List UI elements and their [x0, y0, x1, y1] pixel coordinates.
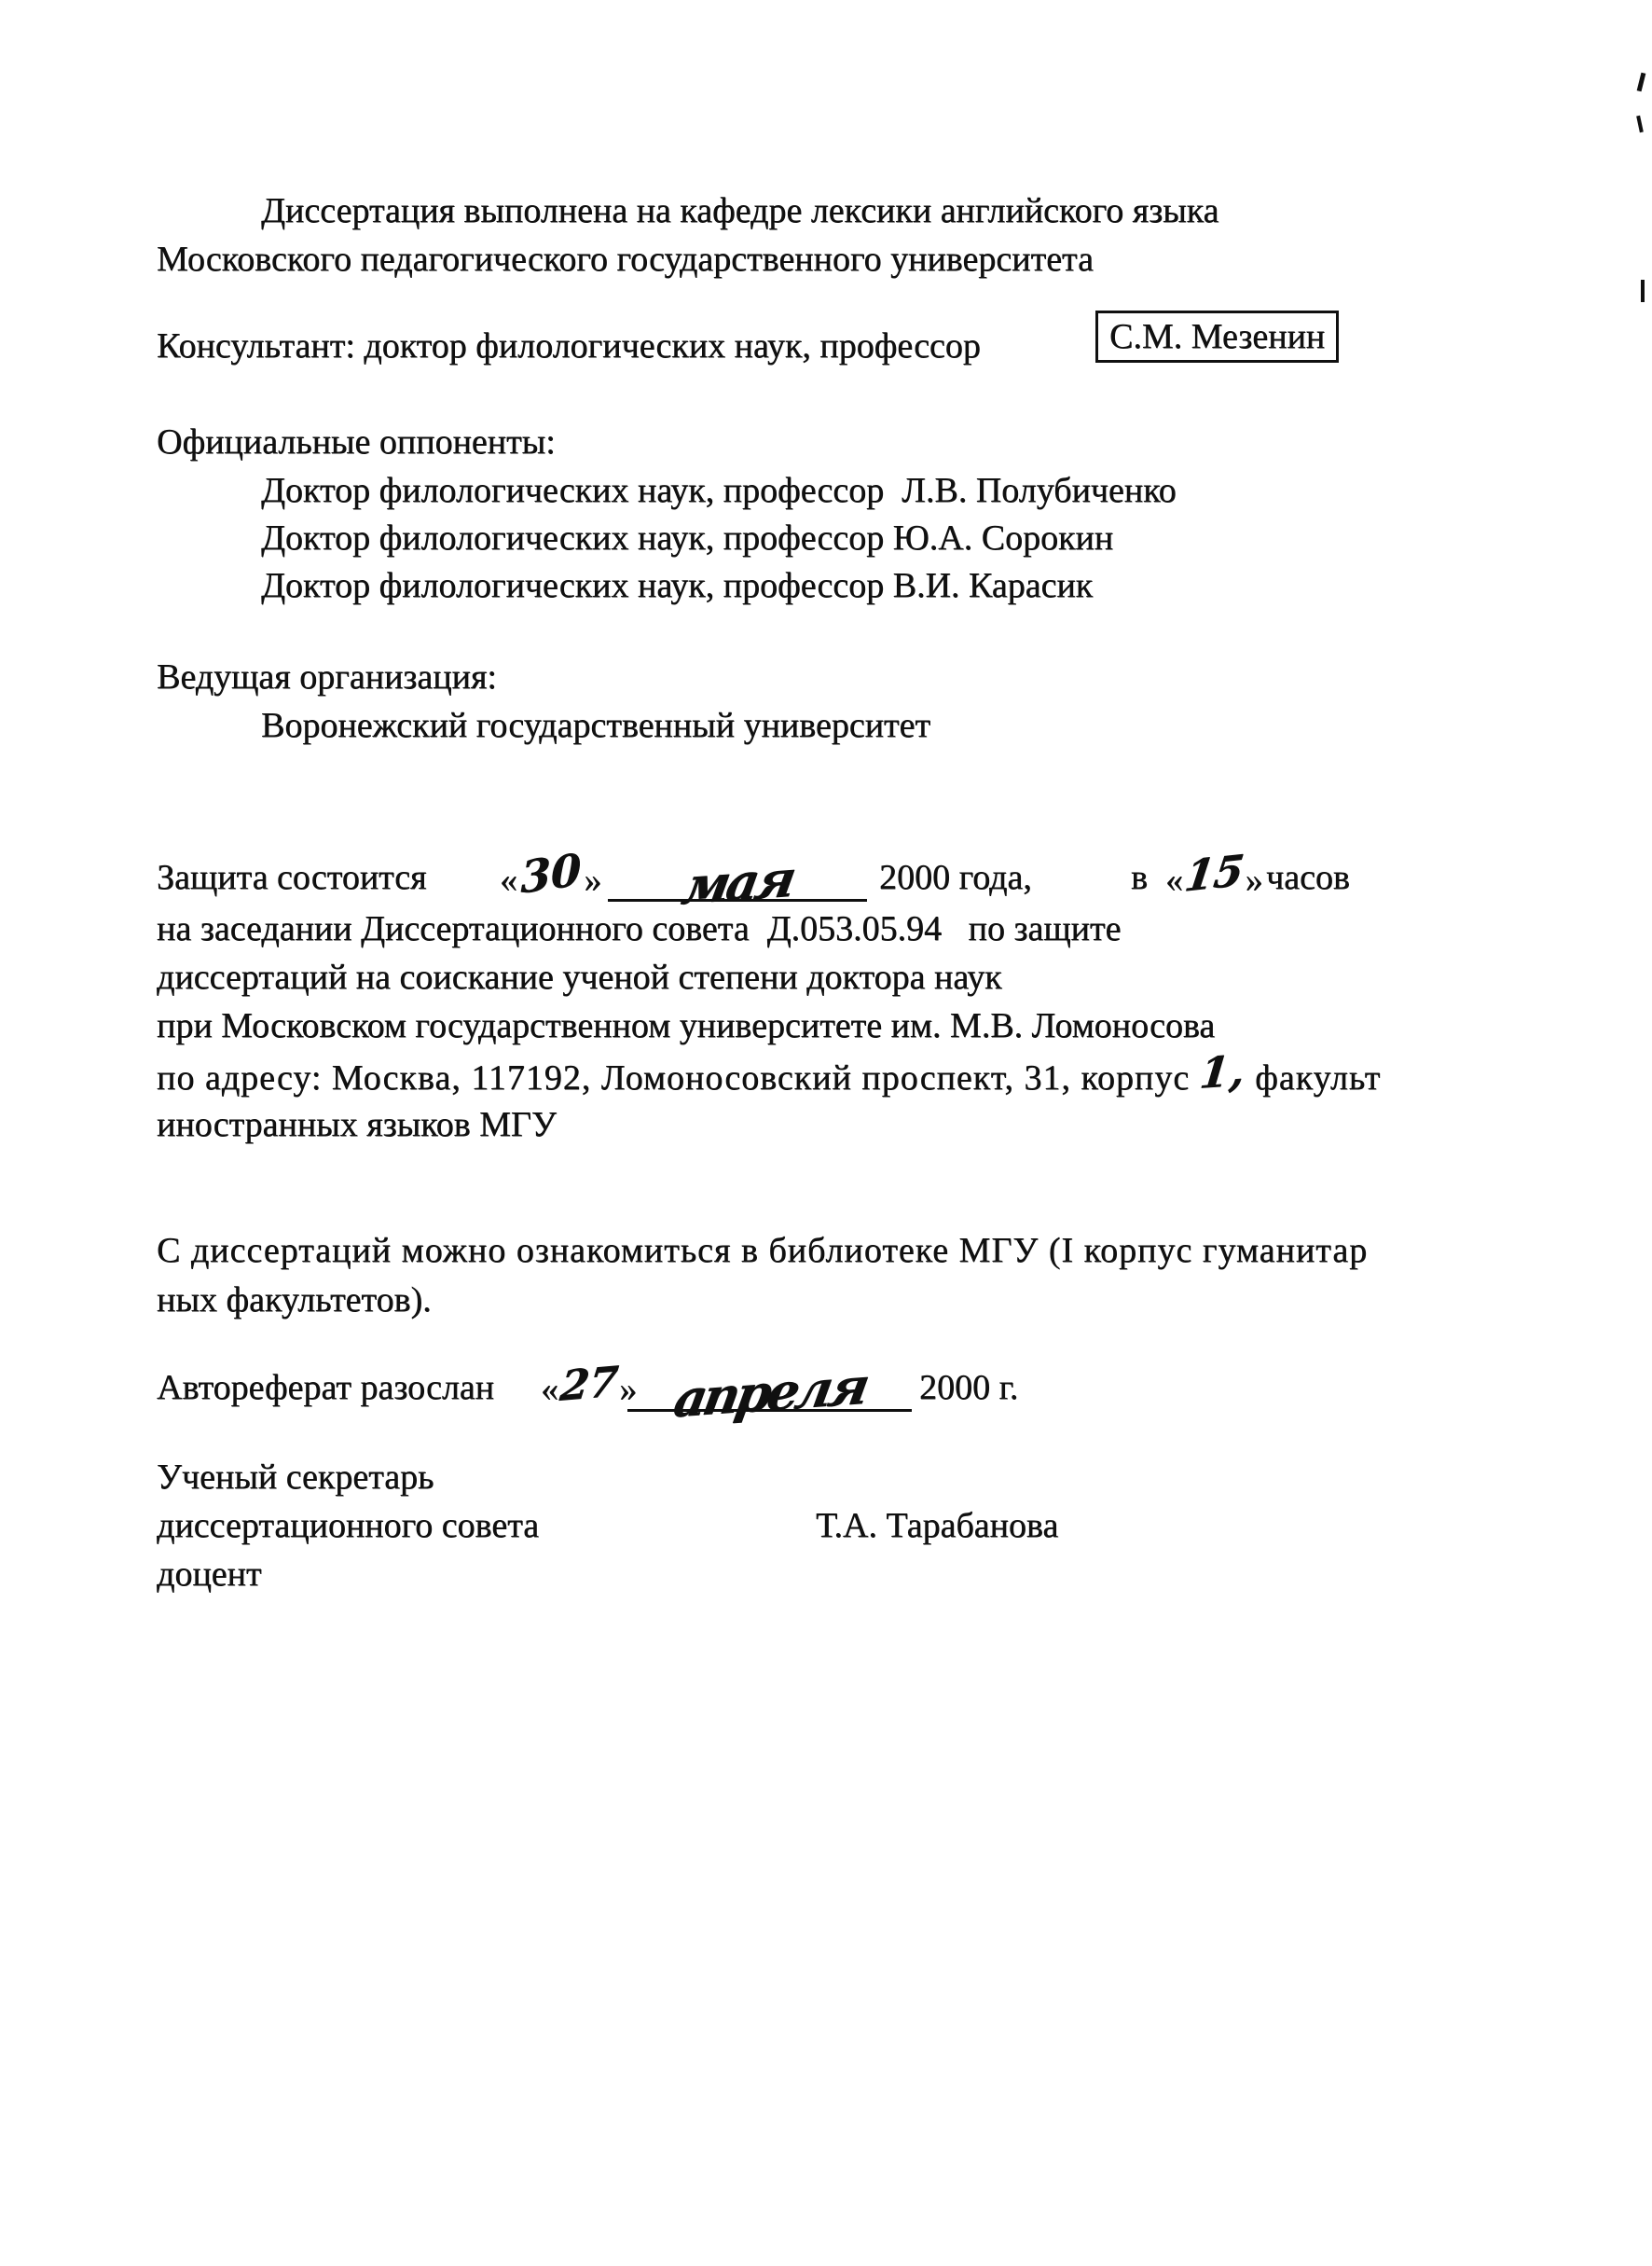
signature-line-2: диссертационного совета Т.А. Тарабанова: [157, 1501, 1652, 1561]
signature-role-1: Ученый секретарь: [157, 1453, 434, 1501]
mailed-day-handwritten: 27: [558, 1358, 620, 1412]
opponent-item: Доктор филологических наук, профессор Ю.…: [261, 514, 1113, 562]
mailed-month-handwritten: апреля: [670, 1361, 870, 1423]
mailed-prefix: Автореферат разослан: [157, 1363, 494, 1412]
signature-role-2: диссертационного совета: [157, 1501, 539, 1550]
scan-speck: [1636, 116, 1644, 132]
library-line-2: ных факультетов).: [157, 1276, 432, 1324]
defense-address-line: по адресу: Москва, 117192, Ломоносовский…: [157, 1051, 1381, 1102]
month-underline-field: апреля: [627, 1365, 912, 1412]
document-page: Диссертация выполнена на кафедре лексики…: [0, 0, 1652, 2266]
defense-in-word: в: [1131, 853, 1148, 902]
defense-day-handwritten: 30: [520, 846, 581, 904]
defense-day-group: «30»: [500, 853, 601, 905]
defense-hour-handwritten: 15: [1181, 846, 1246, 902]
mailed-line: Автореферат разослан «27» апреля 2000 г.: [157, 1363, 1652, 1423]
address-before-building: по адресу: Москва, 117192, Ломоносовский…: [157, 1058, 1200, 1098]
intro-line-1: Диссертация выполнена на кафедре лексики…: [261, 187, 1218, 235]
consultant-name: С.М. Мезенин: [1109, 317, 1325, 356]
consultant-line: Консультант: доктор филологических наук,…: [157, 322, 1652, 381]
quote-open: «: [500, 861, 517, 900]
library-line-1: С диссертаций можно ознакомиться в библи…: [157, 1226, 1368, 1275]
defense-month-handwritten: мая: [679, 854, 796, 911]
defense-line-3: диссертаций на соискание ученой степени …: [157, 953, 1002, 1002]
mailed-year-text: 2000 г.: [919, 1363, 1018, 1412]
defense-hour-group: «15»: [1165, 853, 1263, 905]
quote-close: »: [584, 861, 601, 900]
month-underline-field: мая: [608, 855, 867, 902]
defense-hours-word: часов: [1266, 853, 1350, 902]
opponent-item: Доктор филологических наук, профессор В.…: [261, 561, 1093, 610]
defense-line-2: на заседании Диссертационного совета Д.0…: [157, 905, 1121, 953]
defense-year-text: 2000 года,: [879, 853, 1032, 902]
mailed-day-group: «27»: [541, 1363, 637, 1414]
building-number-handwritten: 1,: [1197, 1046, 1247, 1098]
opponents-heading: Официальные оппоненты:: [157, 418, 556, 466]
leading-org-heading: Ведущая организация:: [157, 653, 497, 701]
opponent-item: Доктор филологических наук, профессор Л.…: [261, 466, 1177, 515]
defense-line-4: при Московском государственном университ…: [157, 1002, 1215, 1050]
signature-role-3: доцент: [157, 1550, 261, 1598]
scan-speck: [1637, 73, 1646, 92]
consultant-label: Консультант: доктор филологических наук,…: [157, 322, 981, 370]
scan-speck: [1641, 280, 1645, 302]
defense-line-6: иностранных языков МГУ: [157, 1100, 557, 1149]
quote-open: «: [1165, 861, 1183, 900]
address-after-building: факульт: [1246, 1058, 1382, 1098]
consultant-name-box: С.М. Мезенин: [1095, 311, 1339, 363]
leading-org-name: Воронежский государственный университет: [261, 701, 930, 750]
quote-open: «: [541, 1370, 558, 1409]
intro-line-2: Московского педагогического государствен…: [157, 235, 1094, 283]
defense-prefix: Защита состоится: [157, 853, 426, 902]
quote-close: »: [1246, 861, 1263, 900]
secretary-name: Т.А. Тарабанова: [816, 1501, 1058, 1550]
